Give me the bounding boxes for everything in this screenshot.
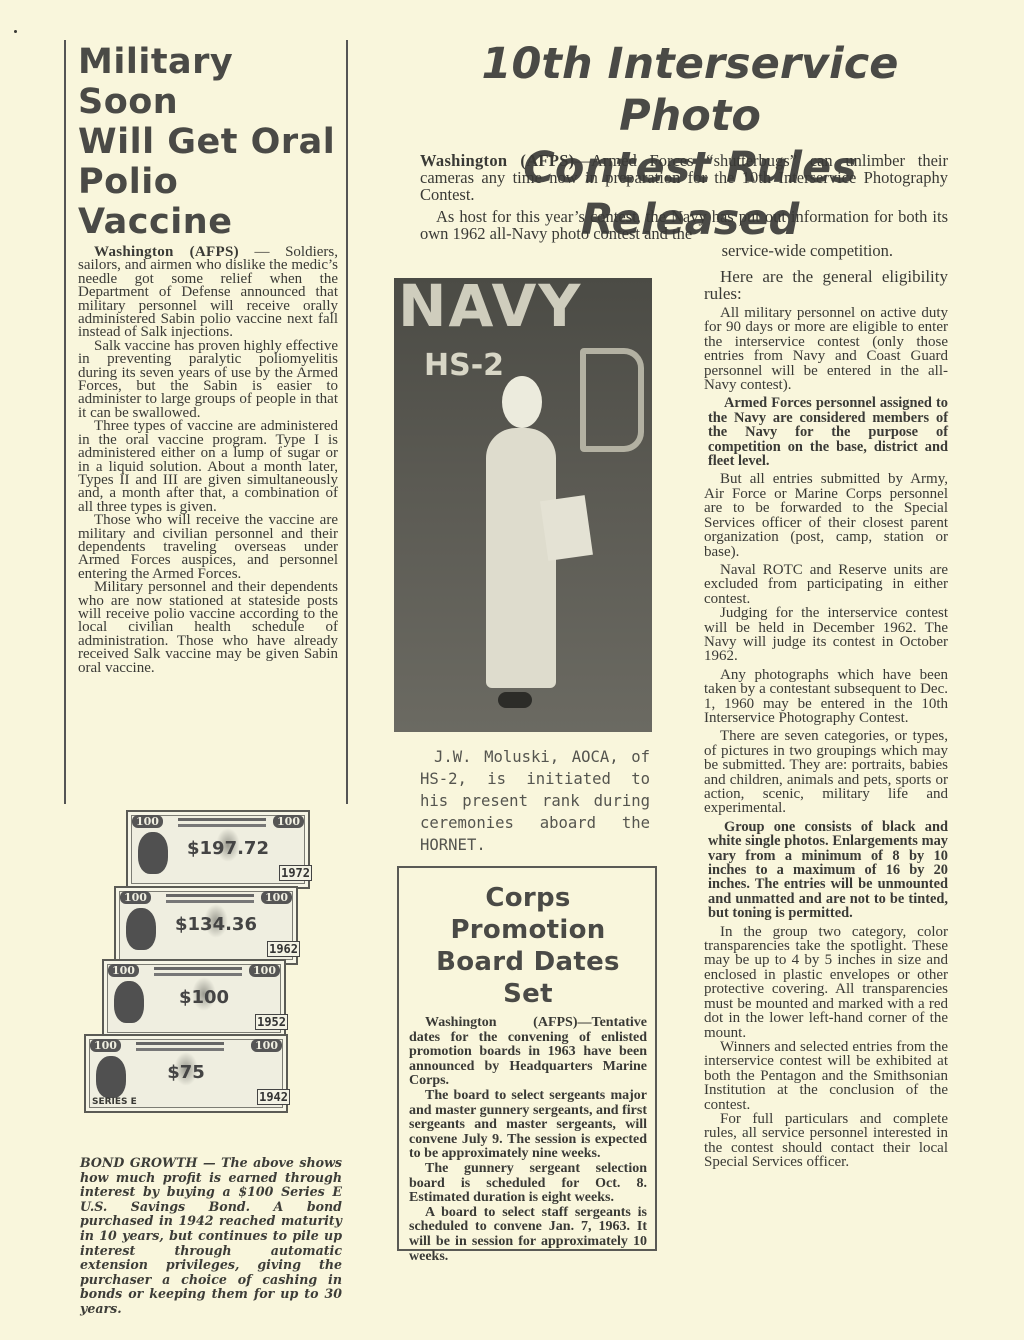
bond-1942: 100 100 $75 SERIES E 1942 bbox=[84, 1034, 288, 1113]
bond-1972: 100 100 $197.72 1972 bbox=[126, 810, 310, 889]
rules-paragraph: There are seven categories, or types, of… bbox=[704, 729, 948, 815]
savings-bond-illustration: 100 100 $197.72 1972 100 100 $134.36 196… bbox=[82, 804, 352, 1124]
bond-value: $75 bbox=[136, 1062, 236, 1083]
polio-headline: Military Soon Will Get Oral Polio Vaccin… bbox=[78, 42, 338, 242]
rules-paragraph: For full particulars and complete rules,… bbox=[704, 1112, 948, 1170]
portrait-icon bbox=[126, 908, 156, 950]
rules-paragraph: Winners and selected entries from the in… bbox=[704, 1040, 948, 1112]
corps-promotion-article: Corps Promotion Board Dates Set Washingt… bbox=[397, 866, 657, 1251]
portrait-icon bbox=[96, 1056, 126, 1098]
polio-vaccine-article: Military Soon Will Get Oral Polio Vaccin… bbox=[64, 40, 348, 804]
rules-paragraph: Judging for the interservice contest wil… bbox=[704, 606, 948, 664]
rules-paragraph: Here are the general eligibility rules: bbox=[704, 268, 948, 302]
polio-paragraph: Military personnel and their dependents … bbox=[78, 581, 338, 675]
polio-paragraph: Washington (AFPS) — Soldiers, sailors, a… bbox=[78, 246, 338, 340]
portrait-icon bbox=[114, 981, 144, 1023]
lead-paragraph-2: As host for this year’s contest, the Nav… bbox=[420, 208, 948, 242]
rules-paragraph-bold: Group one consists of black and white si… bbox=[704, 820, 948, 921]
sailor-figure bbox=[486, 428, 556, 688]
bond-1952: 100 100 $100 1952 bbox=[102, 959, 286, 1038]
aircraft-number-marking bbox=[580, 348, 644, 452]
rules-paragraph: Naval ROTC and Reserve units are exclude… bbox=[704, 563, 948, 606]
polio-body: Washington (AFPS) — Soldiers, sailors, a… bbox=[78, 246, 338, 675]
polio-paragraph: Salk vaccine has proven highly effective… bbox=[78, 340, 338, 420]
photo-contest-lead: Washington (AFPS)—Armed Forces “shutterb… bbox=[420, 152, 948, 259]
rules-paragraph: Any photographs which have been taken by… bbox=[704, 668, 948, 726]
aircraft-squadron-lettering: HS-2 bbox=[424, 348, 504, 383]
bond-series: SERIES E bbox=[92, 1097, 137, 1107]
bond-year: 1972 bbox=[279, 865, 312, 881]
rules-paragraph-bold: Armed Forces personnel assigned to the N… bbox=[704, 396, 948, 468]
lead-paragraph-2-end: service-wide competition. bbox=[420, 242, 948, 259]
sailor-bag bbox=[540, 495, 593, 561]
print-speck bbox=[14, 30, 17, 33]
bond-value: $197.72 bbox=[178, 838, 278, 859]
bond-year: 1962 bbox=[267, 941, 300, 957]
rules-paragraph: In the group two category, color transpa… bbox=[704, 925, 948, 1040]
bond-growth-caption: BOND GROWTH — The above shows how much p… bbox=[80, 1156, 342, 1317]
rules-paragraph: But all entries submitted by Army, Air F… bbox=[704, 472, 948, 558]
photo-caption: J.W. Moluski, AOCA, of HS-2, is initiate… bbox=[420, 746, 650, 856]
corps-headline: Corps Promotion Board Dates Set bbox=[409, 882, 647, 1010]
corps-paragraph: The gunnery sergeant selection board is … bbox=[409, 1162, 647, 1206]
corps-body: Washington (AFPS)—Tentative dates for th… bbox=[409, 1016, 647, 1264]
sailor-head bbox=[502, 376, 542, 428]
bond-value: $134.36 bbox=[166, 914, 266, 935]
sailor-shoes bbox=[498, 692, 532, 708]
dateline: Washington (AFPS) bbox=[425, 1015, 578, 1030]
polio-paragraph: Three types of vaccine are administered … bbox=[78, 420, 338, 514]
polio-paragraph: Those who will receive the vaccine are m… bbox=[78, 514, 338, 581]
corps-paragraph: A board to select staff sergeants is sch… bbox=[409, 1206, 647, 1264]
aircraft-navy-lettering: NAVY bbox=[398, 278, 582, 340]
navy-sailor-photo: NAVY HS-2 bbox=[394, 278, 652, 732]
bond-year: 1952 bbox=[255, 1014, 288, 1030]
portrait-icon bbox=[138, 832, 168, 874]
contest-rules-column: Here are the general eligibility rules: … bbox=[704, 268, 948, 1170]
bond-1962: 100 100 $134.36 1962 bbox=[114, 886, 298, 965]
rules-paragraph: All military personnel on active duty fo… bbox=[704, 306, 948, 392]
lead-paragraph: Washington (AFPS)—Armed Forces “shutterb… bbox=[420, 152, 948, 203]
corps-paragraph: Washington (AFPS)—Tentative dates for th… bbox=[409, 1016, 647, 1089]
bond-year: 1942 bbox=[257, 1089, 290, 1105]
bond-value: $100 bbox=[154, 987, 254, 1008]
corps-paragraph: The board to select sergeants major and … bbox=[409, 1089, 647, 1162]
